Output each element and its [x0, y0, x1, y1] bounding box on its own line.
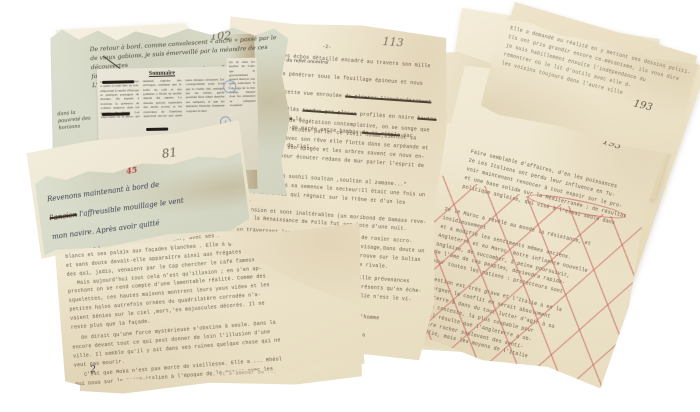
clipping-title: Sommaire: [100, 69, 224, 78]
folio-number-81: 81: [161, 145, 178, 161]
handwritten-margin-note: dans la pauvreté des horizons: [57, 107, 103, 132]
page-head-mark: -2-: [322, 43, 332, 53]
manuscript-pages-photo: 109 181 163 Tout ce qui s'était préformé…: [0, 0, 700, 412]
typed-text: profilés en noire: [356, 112, 417, 122]
handwritten-text: l'affreusible mouillage le vent: [77, 197, 185, 219]
folio-number-113: 113: [382, 35, 404, 49]
ink-redaction-bar: [146, 128, 168, 131]
struck-word: l'ancien: [49, 211, 77, 223]
struck-text: tordus par places: [302, 108, 357, 118]
